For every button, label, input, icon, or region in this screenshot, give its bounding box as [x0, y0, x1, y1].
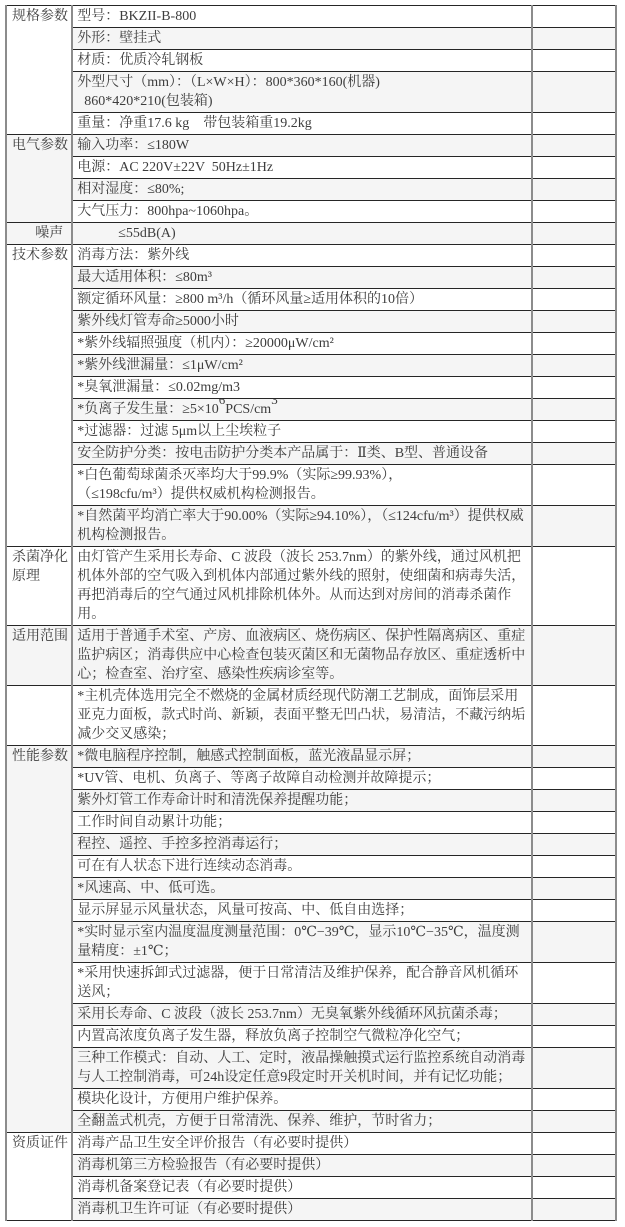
product-spec-table: 规格参数型号：BKZII-B-800外形：壁挂式材质：优质冷轧钢板外型尺寸（mm… [5, 5, 617, 1221]
empty-note-cell [532, 922, 616, 963]
spec-value-cell: 消毒方法：紫外线 [72, 245, 532, 267]
spec-value-cell: 安全防护分类：按电击防护分类本产品属于：Ⅱ类、B型、普通设备 [72, 443, 532, 465]
spec-value-cell: *UV管、电机、负离子、等离子故障自动检测并故障提示； [72, 768, 532, 790]
table-row: 额定循环风量：≥800 m³/h（循环风量≥适用体积的10倍） [6, 289, 616, 311]
empty-note-cell [532, 547, 616, 626]
table-row: 重量：净重17.6 kg 带包装箱重19.2kg [6, 113, 616, 135]
spec-value-cell: 输入功率：≤180W [72, 135, 532, 157]
empty-note-cell [532, 355, 616, 377]
table-row: 紫外线灯管寿命≥5000小时 [6, 311, 616, 333]
empty-note-cell [532, 1089, 616, 1111]
spec-value-cell: 材质：优质冷轧钢板 [72, 50, 532, 72]
table-row: *白色葡萄球菌杀灭率均大于99.9%（实际≥99.93%）， （≤198cfu/… [6, 465, 616, 506]
table-row: 可在有人状态下进行连续动态消毒。 [6, 856, 616, 878]
empty-note-cell [532, 506, 616, 547]
spec-value-cell: *采用快速拆卸式过滤器，便于日常清洁及维护保养，配合静音风机循环送风； [72, 963, 532, 1004]
table-row: 消毒机第三方检验报告（有必要时提供） [6, 1155, 616, 1177]
empty-note-cell [532, 465, 616, 506]
empty-note-cell [532, 1111, 616, 1133]
empty-note-cell [532, 421, 616, 443]
spec-value-cell: 全翻盖式机壳，方便于日常清洗、保养、维护，节时省力； [72, 1111, 532, 1133]
table-row: *紫外线辐照强度（机内）：≥20000μW/cm² [6, 333, 616, 355]
spec-value-cell: 型号：BKZII-B-800 [72, 6, 532, 28]
empty-note-cell [532, 113, 616, 135]
category-cell: 适用范围 [6, 626, 72, 686]
empty-note-cell [532, 1199, 616, 1221]
spec-value-cell: *自然菌平均消亡率大于90.00%（实际≥94.10%），（≤124cfu/m³… [72, 506, 532, 547]
empty-note-cell [532, 311, 616, 333]
spec-value-cell: 内置高浓度负离子发生器，释放负离子控制空气微粒净化空气； [72, 1026, 532, 1048]
spec-value-cell: *负离子发生量：≥5×106PCS/cm3 [72, 399, 532, 421]
table-row: 技术参数消毒方法：紫外线 [6, 245, 616, 267]
table-row: *风速高、中、低可选。 [6, 878, 616, 900]
table-row: *采用快速拆卸式过滤器，便于日常清洁及维护保养，配合静音风机循环送风； [6, 963, 616, 1004]
table-row: 外型尺寸（mm）：（L×W×H）：800*360*160(机器) 860*420… [6, 72, 616, 113]
spec-text: *负离子发生量：≥5×10 [77, 402, 219, 417]
table-row: 消毒机备案登记表（有必要时提供） [6, 1177, 616, 1199]
empty-note-cell [532, 267, 616, 289]
empty-note-cell [532, 1026, 616, 1048]
spec-value-cell: 采用长寿命、C 波段（波长 253.7nm）无臭氧紫外线循环风抗菌杀毒； [72, 1004, 532, 1026]
empty-note-cell [532, 157, 616, 179]
spec-value-cell: 消毒机第三方检验报告（有必要时提供） [72, 1155, 532, 1177]
empty-note-cell [532, 1048, 616, 1089]
table-row: *过滤器：过滤 5μm以上尘埃粒子 [6, 421, 616, 443]
spec-value-cell: 重量：净重17.6 kg 带包装箱重19.2kg [72, 113, 532, 135]
spec-value-cell: 大气压力：800hpa~1060hpa。 [72, 201, 532, 223]
empty-note-cell [532, 834, 616, 856]
table-row: *紫外线泄漏量：≤1μW/cm² [6, 355, 616, 377]
spec-value-cell: *风速高、中、低可选。 [72, 878, 532, 900]
category-cell: 资质证件 [6, 1133, 72, 1221]
table-row: 规格参数型号：BKZII-B-800 [6, 6, 616, 28]
empty-note-cell [532, 399, 616, 421]
empty-note-cell [532, 900, 616, 922]
table-row: *UV管、电机、负离子、等离子故障自动检测并故障提示； [6, 768, 616, 790]
spec-value-cell: 显示屏显示风量状态，风量可按高、中、低自由选择； [72, 900, 532, 922]
spec-text: PCS/cm [225, 402, 271, 417]
empty-note-cell [532, 746, 616, 768]
spec-value-cell: 消毒机卫生许可证（有必要时提供） [72, 1199, 532, 1221]
empty-note-cell [532, 179, 616, 201]
table-row: 适用范围适用于普通手术室、产房、血液病区、烧伤病区、保护性隔离病区、重症监护病区… [6, 626, 616, 686]
category-cell: 规格参数 [6, 6, 72, 135]
spec-value-cell: 由灯管产生采用长寿命、C 波段（波长 253.7nm）的紫外线，通过风机把机体外… [72, 547, 532, 626]
spec-value-cell: 三种工作模式：自动、人工、定时，液晶操触摸式运行监控系统自动消毒与人工控制消毒，… [72, 1048, 532, 1089]
spec-value-cell: *臭氧泄漏量：≤0.02mg/m3 [72, 377, 532, 399]
spec-value-cell: 电源：AC 220V±22V 50Hz±1Hz [72, 157, 532, 179]
spec-value-cell: 外形：壁挂式 [72, 28, 532, 50]
table-row: *自然菌平均消亡率大于90.00%（实际≥94.10%），（≤124cfu/m³… [6, 506, 616, 547]
table-row: 相对湿度：≤80%; [6, 179, 616, 201]
spec-value-cell: 适用于普通手术室、产房、血液病区、烧伤病区、保护性隔离病区、重症监护病区；消毒供… [72, 626, 532, 686]
category-cell: 杀菌净化原理 [6, 547, 72, 626]
table-row: 外形：壁挂式 [6, 28, 616, 50]
spec-value-cell: 工作时间自动累计功能； [72, 812, 532, 834]
table-row: 全翻盖式机壳，方便于日常清洗、保养、维护，节时省力； [6, 1111, 616, 1133]
spec-value-cell: *实时显示室内温度温度测量范围：0℃−39℃，显示10℃−35℃，温度测量精度：… [72, 922, 532, 963]
table-row: 性能参数*微电脑程序控制，触感式控制面板，蓝光液晶显示屏； [6, 746, 616, 768]
table-row: 内置高浓度负离子发生器，释放负离子控制空气微粒净化空气； [6, 1026, 616, 1048]
spec-value-cell: 可在有人状态下进行连续动态消毒。 [72, 856, 532, 878]
spec-value-cell: 消毒机备案登记表（有必要时提供） [72, 1177, 532, 1199]
spec-value-cell: 模块化设计，方便用户维护保养。 [72, 1089, 532, 1111]
empty-note-cell [532, 443, 616, 465]
empty-note-cell [532, 135, 616, 157]
spec-sheet-page: 规格参数型号：BKZII-B-800外形：壁挂式材质：优质冷轧钢板外型尺寸（mm… [0, 0, 625, 1227]
empty-note-cell [532, 856, 616, 878]
empty-note-cell [532, 28, 616, 50]
empty-note-cell [532, 790, 616, 812]
spec-value-cell: *过滤器：过滤 5μm以上尘埃粒子 [72, 421, 532, 443]
table-row: 杀菌净化原理由灯管产生采用长寿命、C 波段（波长 253.7nm）的紫外线，通过… [6, 547, 616, 626]
spec-value-cell: *主机壳体选用完全不燃烧的金属材质经现代防潮工艺制成，面饰层采用亚克力面板，款式… [72, 686, 532, 746]
empty-note-cell [532, 50, 616, 72]
empty-note-cell [532, 1133, 616, 1155]
empty-note-cell [532, 223, 616, 245]
spec-value-cell: 紫外线灯管寿命≥5000小时 [72, 311, 532, 333]
table-row: 电源：AC 220V±22V 50Hz±1Hz [6, 157, 616, 179]
empty-note-cell [532, 377, 616, 399]
empty-note-cell [532, 812, 616, 834]
spec-value-cell: *紫外线泄漏量：≤1μW/cm² [72, 355, 532, 377]
table-row: 安全防护分类：按电击防护分类本产品属于：Ⅱ类、B型、普通设备 [6, 443, 616, 465]
spec-value-cell: 程控、遥控、手控多控消毒运行； [72, 834, 532, 856]
spec-value-cell: 相对湿度：≤80%; [72, 179, 532, 201]
table-row: *主机壳体选用完全不燃烧的金属材质经现代防潮工艺制成，面饰层采用亚克力面板，款式… [6, 686, 616, 746]
empty-note-cell [532, 6, 616, 28]
table-row: 工作时间自动累计功能； [6, 812, 616, 834]
empty-note-cell [532, 1004, 616, 1026]
table-row: *臭氧泄漏量：≤0.02mg/m3 [6, 377, 616, 399]
empty-note-cell [532, 333, 616, 355]
empty-note-cell [532, 686, 616, 746]
table-row: 噪声≤55dB(A) [6, 223, 616, 245]
table-row: *实时显示室内温度温度测量范围：0℃−39℃，显示10℃−35℃，温度测量精度：… [6, 922, 616, 963]
empty-note-cell [532, 289, 616, 311]
empty-note-cell [532, 626, 616, 686]
spec-table-body: 规格参数型号：BKZII-B-800外形：壁挂式材质：优质冷轧钢板外型尺寸（mm… [6, 6, 616, 1221]
empty-note-cell [532, 1177, 616, 1199]
table-row: 最大适用体积：≤80m³ [6, 267, 616, 289]
category-cell: 技术参数 [6, 245, 72, 547]
table-row: 资质证件消毒产品卫生安全评价报告（有必要时提供） [6, 1133, 616, 1155]
category-cell: 噪声 [6, 223, 72, 245]
category-cell [6, 686, 72, 746]
table-row: 电气参数输入功率：≤180W [6, 135, 616, 157]
table-row: 三种工作模式：自动、人工、定时，液晶操触摸式运行监控系统自动消毒与人工控制消毒，… [6, 1048, 616, 1089]
superscript-text: 3 [271, 399, 278, 408]
empty-note-cell [532, 201, 616, 223]
category-cell: 电气参数 [6, 135, 72, 223]
table-row: 大气压力：800hpa~1060hpa。 [6, 201, 616, 223]
empty-note-cell [532, 768, 616, 790]
spec-value-cell: 紫外灯管工作寿命计时和清洗保养提醒功能； [72, 790, 532, 812]
spec-value-cell: *微电脑程序控制，触感式控制面板，蓝光液晶显示屏； [72, 746, 532, 768]
empty-note-cell [532, 1155, 616, 1177]
table-row: 程控、遥控、手控多控消毒运行； [6, 834, 616, 856]
empty-note-cell [532, 245, 616, 267]
spec-value-cell: 消毒产品卫生安全评价报告（有必要时提供） [72, 1133, 532, 1155]
spec-value-cell: ≤55dB(A) [72, 223, 532, 245]
category-cell: 性能参数 [6, 746, 72, 1133]
spec-value-cell: 外型尺寸（mm）：（L×W×H）：800*360*160(机器) 860*420… [72, 72, 532, 113]
empty-note-cell [532, 72, 616, 113]
spec-value-cell: *白色葡萄球菌杀灭率均大于99.9%（实际≥99.93%）， （≤198cfu/… [72, 465, 532, 506]
spec-value-cell: *紫外线辐照强度（机内）：≥20000μW/cm² [72, 333, 532, 355]
spec-value-cell: 额定循环风量：≥800 m³/h（循环风量≥适用体积的10倍） [72, 289, 532, 311]
table-row: 消毒机卫生许可证（有必要时提供） [6, 1199, 616, 1221]
table-row: 紫外灯管工作寿命计时和清洗保养提醒功能； [6, 790, 616, 812]
empty-note-cell [532, 878, 616, 900]
table-row: 模块化设计，方便用户维护保养。 [6, 1089, 616, 1111]
table-row: 材质：优质冷轧钢板 [6, 50, 616, 72]
table-row: 采用长寿命、C 波段（波长 253.7nm）无臭氧紫外线循环风抗菌杀毒； [6, 1004, 616, 1026]
empty-note-cell [532, 963, 616, 1004]
table-row: 显示屏显示风量状态，风量可按高、中、低自由选择； [6, 900, 616, 922]
spec-value-cell: 最大适用体积：≤80m³ [72, 267, 532, 289]
table-row: *负离子发生量：≥5×106PCS/cm3 [6, 399, 616, 421]
